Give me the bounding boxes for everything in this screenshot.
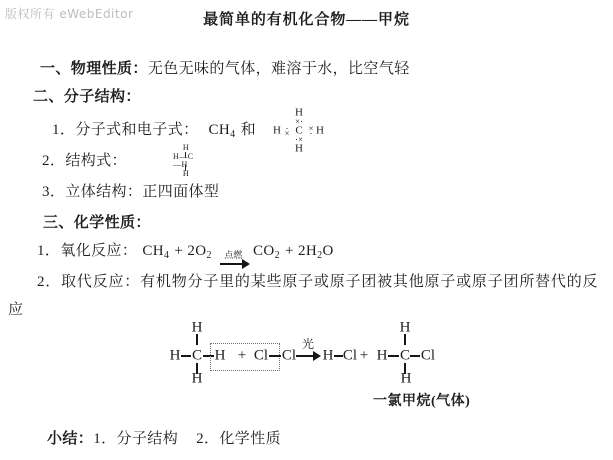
substitution-reaction-line: 2．取代反应：有机物分子里的某些原子或原子团被其他原子或原子团所替代的反 [37, 273, 598, 291]
electron-pair: ×· [308, 127, 313, 136]
formula-sub: 2 [275, 250, 280, 261]
reaction-arrow [296, 355, 314, 357]
item-number: 2． [37, 274, 61, 290]
cl-atom: Cl [343, 349, 357, 364]
item-number: 2． [42, 153, 65, 169]
substitution-label: 取代反应： [61, 274, 140, 290]
stereo-structure-label: 立体结构： [65, 184, 142, 200]
bond [196, 334, 198, 345]
conjunction-and: 和 [241, 122, 256, 138]
summary-item-1: 1．分子结构 [93, 431, 178, 447]
oxidation-reaction-line: 1．氧化反应：CH4+ 2O2点燃CO2+ 2H2O [37, 242, 334, 265]
plus-sign: + [360, 349, 368, 364]
formula-o2: + 2O [174, 243, 206, 259]
product-label: 一氯甲烷(气体) [373, 390, 470, 410]
h-atom: H [401, 372, 412, 387]
cl-atom: Cl [282, 349, 296, 364]
stereo-structure-text: 正四面体型 [142, 184, 219, 200]
h-atom: H [316, 126, 324, 137]
cl-atom: Cl [254, 349, 268, 364]
summary-heading: 小结： [47, 431, 93, 447]
substitution-continuation: 应 [8, 301, 23, 319]
item-number: 1． [52, 122, 75, 138]
h-atom: H [215, 349, 226, 364]
stereo-structure-line: 3．立体结构：正四面体型 [42, 183, 219, 201]
item-number: 1． [37, 243, 60, 259]
molecular-formula-line: 1．分子式和电子式：CH4和 [52, 121, 256, 141]
oxidation-label: 氧化反应： [60, 243, 137, 259]
ch4-subscript: 4 [230, 129, 235, 140]
summary-item-2: 2．化学性质 [196, 431, 281, 447]
physical-properties-line: 一、物理性质：无色无味的气体，难溶于水，比空气轻 [40, 60, 410, 78]
h-atom: H [323, 349, 334, 364]
chemical-properties-heading: 三、化学性质： [43, 214, 151, 232]
summary-line: 小结：1．分子结构2．化学性质 [47, 430, 281, 448]
h-atom: H [377, 349, 388, 364]
bond [410, 355, 420, 357]
formula-o: O [323, 243, 334, 259]
reaction-condition: 点燃 [224, 251, 242, 260]
bond [181, 355, 191, 357]
h-atom: H [295, 144, 303, 155]
electron-cross: × [284, 131, 289, 136]
h-atom: H [183, 144, 189, 152]
structural-formula-label: 结构式： [65, 153, 127, 169]
h-c-h-row: H—C—H [173, 153, 199, 169]
h-atom: H [273, 126, 281, 137]
formula-sub: 4 [164, 250, 169, 261]
molecular-structure-heading: 二、分子结构： [33, 88, 141, 106]
c-atom: C [192, 349, 202, 364]
structural-formula: H H—C—H H [160, 142, 212, 182]
document-page: 版权所有 eWebEditor 最简单的有机化合物——甲烷 一、物理性质：无色无… [0, 0, 613, 460]
h-atom: H [183, 170, 189, 178]
molecular-formula-label: 分子式和电子式： [75, 122, 198, 138]
substitution-text: 有机物分子里的某些原子或原子团被其他原子或原子团所替代的反 [140, 274, 598, 290]
formula-ch: CH [142, 243, 164, 259]
electron-pair: ·× [284, 127, 289, 136]
reaction-arrow: 点燃 [220, 251, 247, 265]
cl-atom: Cl [421, 349, 435, 364]
h-atom: H [170, 349, 181, 364]
page-title: 最简单的有机化合物——甲烷 [0, 8, 613, 29]
c-atom: C [400, 349, 410, 364]
bond [388, 355, 399, 357]
formula-sub: 2 [207, 250, 212, 261]
structural-formula-line: 2．结构式： [42, 152, 127, 170]
plus-sign: + [238, 349, 246, 364]
physical-properties-text: 无色无味的气体，难溶于水，比空气轻 [148, 61, 410, 77]
physical-properties-heading: 一、物理性质： [40, 61, 148, 77]
formula-h2o: + 2H [285, 243, 317, 259]
bond [334, 355, 343, 357]
item-number: 3． [42, 184, 65, 200]
formula-co2: CO [253, 243, 275, 259]
electron-dot: · [309, 131, 312, 136]
bond [404, 334, 406, 345]
light-condition: 光 [302, 338, 314, 350]
bond [269, 355, 281, 357]
h-atom: H [192, 372, 203, 387]
arrow-icon [220, 263, 247, 265]
ch4-formula: CH [209, 122, 231, 138]
electron-dot-structure: H ×· H ·× C ×· H ·× H [266, 104, 324, 154]
substitution-diagram: H H C H H + Cl Cl 光 H Cl + H H C Cl H 一氯… [160, 318, 500, 410]
